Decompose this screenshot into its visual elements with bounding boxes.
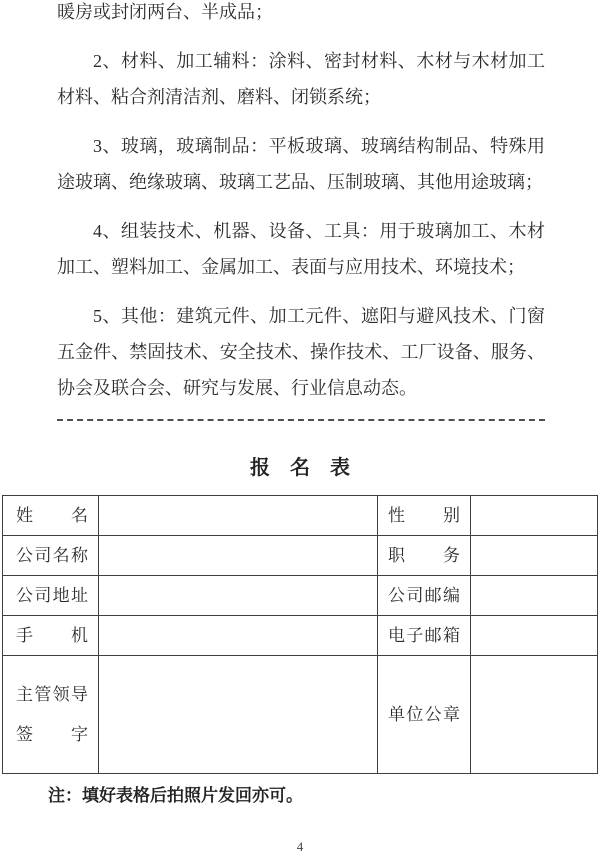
input-cell-gender[interactable] xyxy=(471,496,598,536)
input-cell-company-postcode[interactable] xyxy=(471,576,598,616)
table-row: 公司地址 公司邮编 xyxy=(3,576,598,616)
field-label-company-name: 公司名称 xyxy=(3,536,99,576)
page-number: 4 xyxy=(0,840,600,854)
field-label-company-seal: 单位公章 xyxy=(378,656,471,774)
table-row: 主管领导 签字 单位公章 xyxy=(3,656,598,774)
field-label-leader-signature: 主管领导 签字 xyxy=(3,656,99,774)
field-label-company-address: 公司地址 xyxy=(3,576,99,616)
input-cell-company-address[interactable] xyxy=(99,576,378,616)
table-row: 姓名 性别 xyxy=(3,496,598,536)
input-cell-company-seal[interactable] xyxy=(471,656,598,774)
footer-note: 注：填好表格后拍照片发回亦可。 xyxy=(48,784,545,808)
field-label-email: 电子邮箱 xyxy=(378,616,471,656)
field-label-company-postcode: 公司邮编 xyxy=(378,576,471,616)
field-label-mobile: 手机 xyxy=(3,616,99,656)
field-label-position: 职务 xyxy=(378,536,471,576)
input-cell-leader-signature[interactable] xyxy=(99,656,378,774)
registration-form-table: 姓名 性别 公司名称 职务 公司地址 公司邮编 手机 电子邮箱 xyxy=(2,495,598,774)
input-cell-mobile[interactable] xyxy=(99,616,378,656)
field-label-gender: 性别 xyxy=(378,496,471,536)
document-page: 暖房或封闭两台、半成品； 2、材料、加工辅料：涂料、密封材料、木材与木材加工材料… xyxy=(0,0,600,864)
field-label-name: 姓名 xyxy=(3,496,99,536)
body-paragraph-item-4: 4、组装技术、机器、设备、工具：用于玻璃加工、木材加工、塑料加工、金属加工、表面… xyxy=(57,213,545,285)
form-title: 报 名 表 xyxy=(0,454,600,482)
body-paragraph-item-5: 5、其他：建筑元件、加工元件、遮阳与避风技术、门窗五金件、禁固技术、安全技术、操… xyxy=(57,298,545,406)
input-cell-company-name[interactable] xyxy=(99,536,378,576)
dashed-divider xyxy=(57,419,545,421)
input-cell-email[interactable] xyxy=(471,616,598,656)
table-row: 手机 电子邮箱 xyxy=(3,616,598,656)
input-cell-position[interactable] xyxy=(471,536,598,576)
input-cell-name[interactable] xyxy=(99,496,378,536)
body-paragraph-item-2: 2、材料、加工辅料：涂料、密封材料、木材与木材加工材料、粘合剂清洁剂、磨料、闭锁… xyxy=(57,43,545,115)
table-row: 公司名称 职务 xyxy=(3,536,598,576)
body-paragraph-item-3: 3、玻璃，玻璃制品：平板玻璃、玻璃结构制品、特殊用途玻璃、绝缘玻璃、玻璃工艺品、… xyxy=(57,128,545,200)
body-paragraph-continuation: 暖房或封闭两台、半成品； xyxy=(57,0,545,30)
body-text-block: 暖房或封闭两台、半成品； 2、材料、加工辅料：涂料、密封材料、木材与木材加工材料… xyxy=(57,0,545,406)
